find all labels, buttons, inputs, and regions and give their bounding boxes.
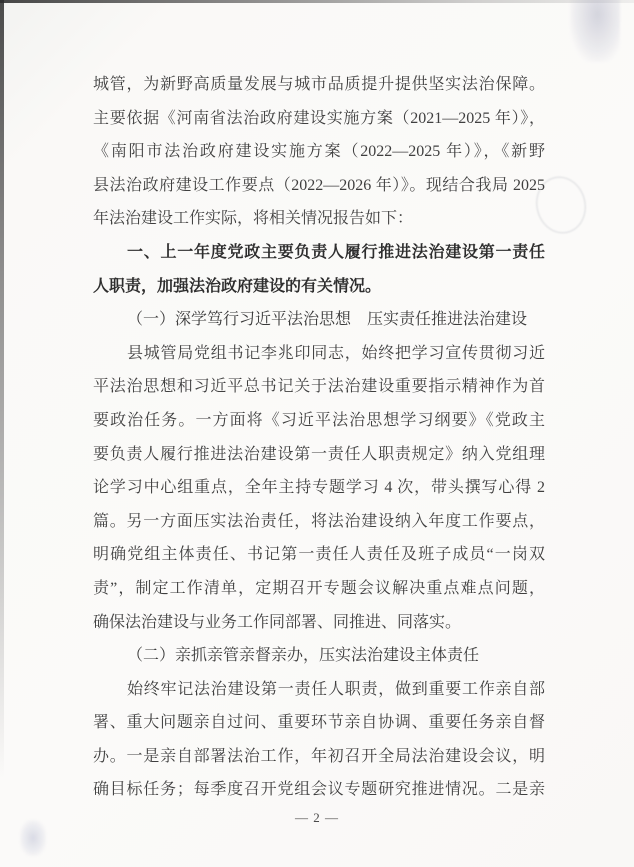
scan-edge-top-artifact — [0, 0, 634, 3]
body-line: 县法治政府建设工作要点（2022—2026 年）》。现结合我局 2025 — [93, 169, 545, 203]
body-line: 责”，制定工作清单，定期召开专题会议解决重点难点问题， — [93, 572, 545, 606]
body-line: 县城管局党组书记李兆印同志，始终把学习宣传贯彻习近 — [93, 337, 545, 371]
body-line: 论学习中心组重点，全年主持专题学习 4 次，带头撰写心得 2 — [93, 471, 545, 505]
body-line: 署、重大问题亲自过问、重要环节亲自协调、重要任务亲自督 — [93, 706, 545, 740]
subsection-heading-2: （二）亲抓亲管亲督亲办，压实法治建设主体责任 — [93, 639, 545, 673]
page-number: — 2 — — [0, 808, 634, 828]
body-line: 确保法治建设与业务工作同部署、同推进、同落实。 — [93, 606, 545, 640]
body-line: 篇。另一方面压实法治责任，将法治建设纳入年度工作要点， — [93, 505, 545, 539]
body-line: 明确党组主体责任、书记第一责任人责任及班子成员“一岗双 — [93, 538, 545, 572]
body-line: 要负责人履行推进法治建设第一责任人职责规定》纳入党组理 — [93, 438, 545, 472]
scan-smudge-top-right — [570, 0, 620, 62]
body-line: 城管，为新野高质量发展与城市品质提升提供坚实法治保障。 — [93, 68, 545, 102]
body-line: 要政治任务。一方面将《习近平法治思想学习纲要》《党政主 — [93, 404, 545, 438]
scan-edge-left-artifact — [0, 0, 4, 778]
major-heading-line-1: 一、上一年度党政主要负责人履行推进法治建设第一责任 — [93, 236, 545, 270]
body-line: 平法治思想和习近平总书记关于法治建设重要指示精神作为首 — [93, 370, 545, 404]
body-line: 办。一是亲自部署法治工作，年初召开全局法治建设会议，明 — [93, 740, 545, 774]
body-line: 年法治建设工作实际，将相关情况报告如下： — [93, 202, 545, 236]
scanned-document-page: 城管，为新野高质量发展与城市品质提升提供坚实法治保障。 主要依据《河南省法治政府… — [0, 0, 634, 867]
major-heading-line-2: 人职责，加强法治政府建设的有关情况。 — [93, 270, 545, 304]
document-body: 城管，为新野高质量发展与城市品质提升提供坚实法治保障。 主要依据《河南省法治政府… — [93, 68, 545, 807]
body-line: 《南阳市法治政府建设实施方案（2022—2025 年）》，《新野 — [93, 135, 545, 169]
body-line: 确目标任务；每季度召开党组会议专题研究推进情况。二是亲 — [93, 773, 545, 807]
subsection-heading-1: （一）深学笃行习近平法治思想 压实责任推进法治建设 — [93, 303, 545, 337]
body-line: 始终牢记法治建设第一责任人职责，做到重要工作亲自部 — [93, 673, 545, 707]
body-line: 主要依据《河南省法治政府建设实施方案（2021—2025 年）》， — [93, 102, 545, 136]
